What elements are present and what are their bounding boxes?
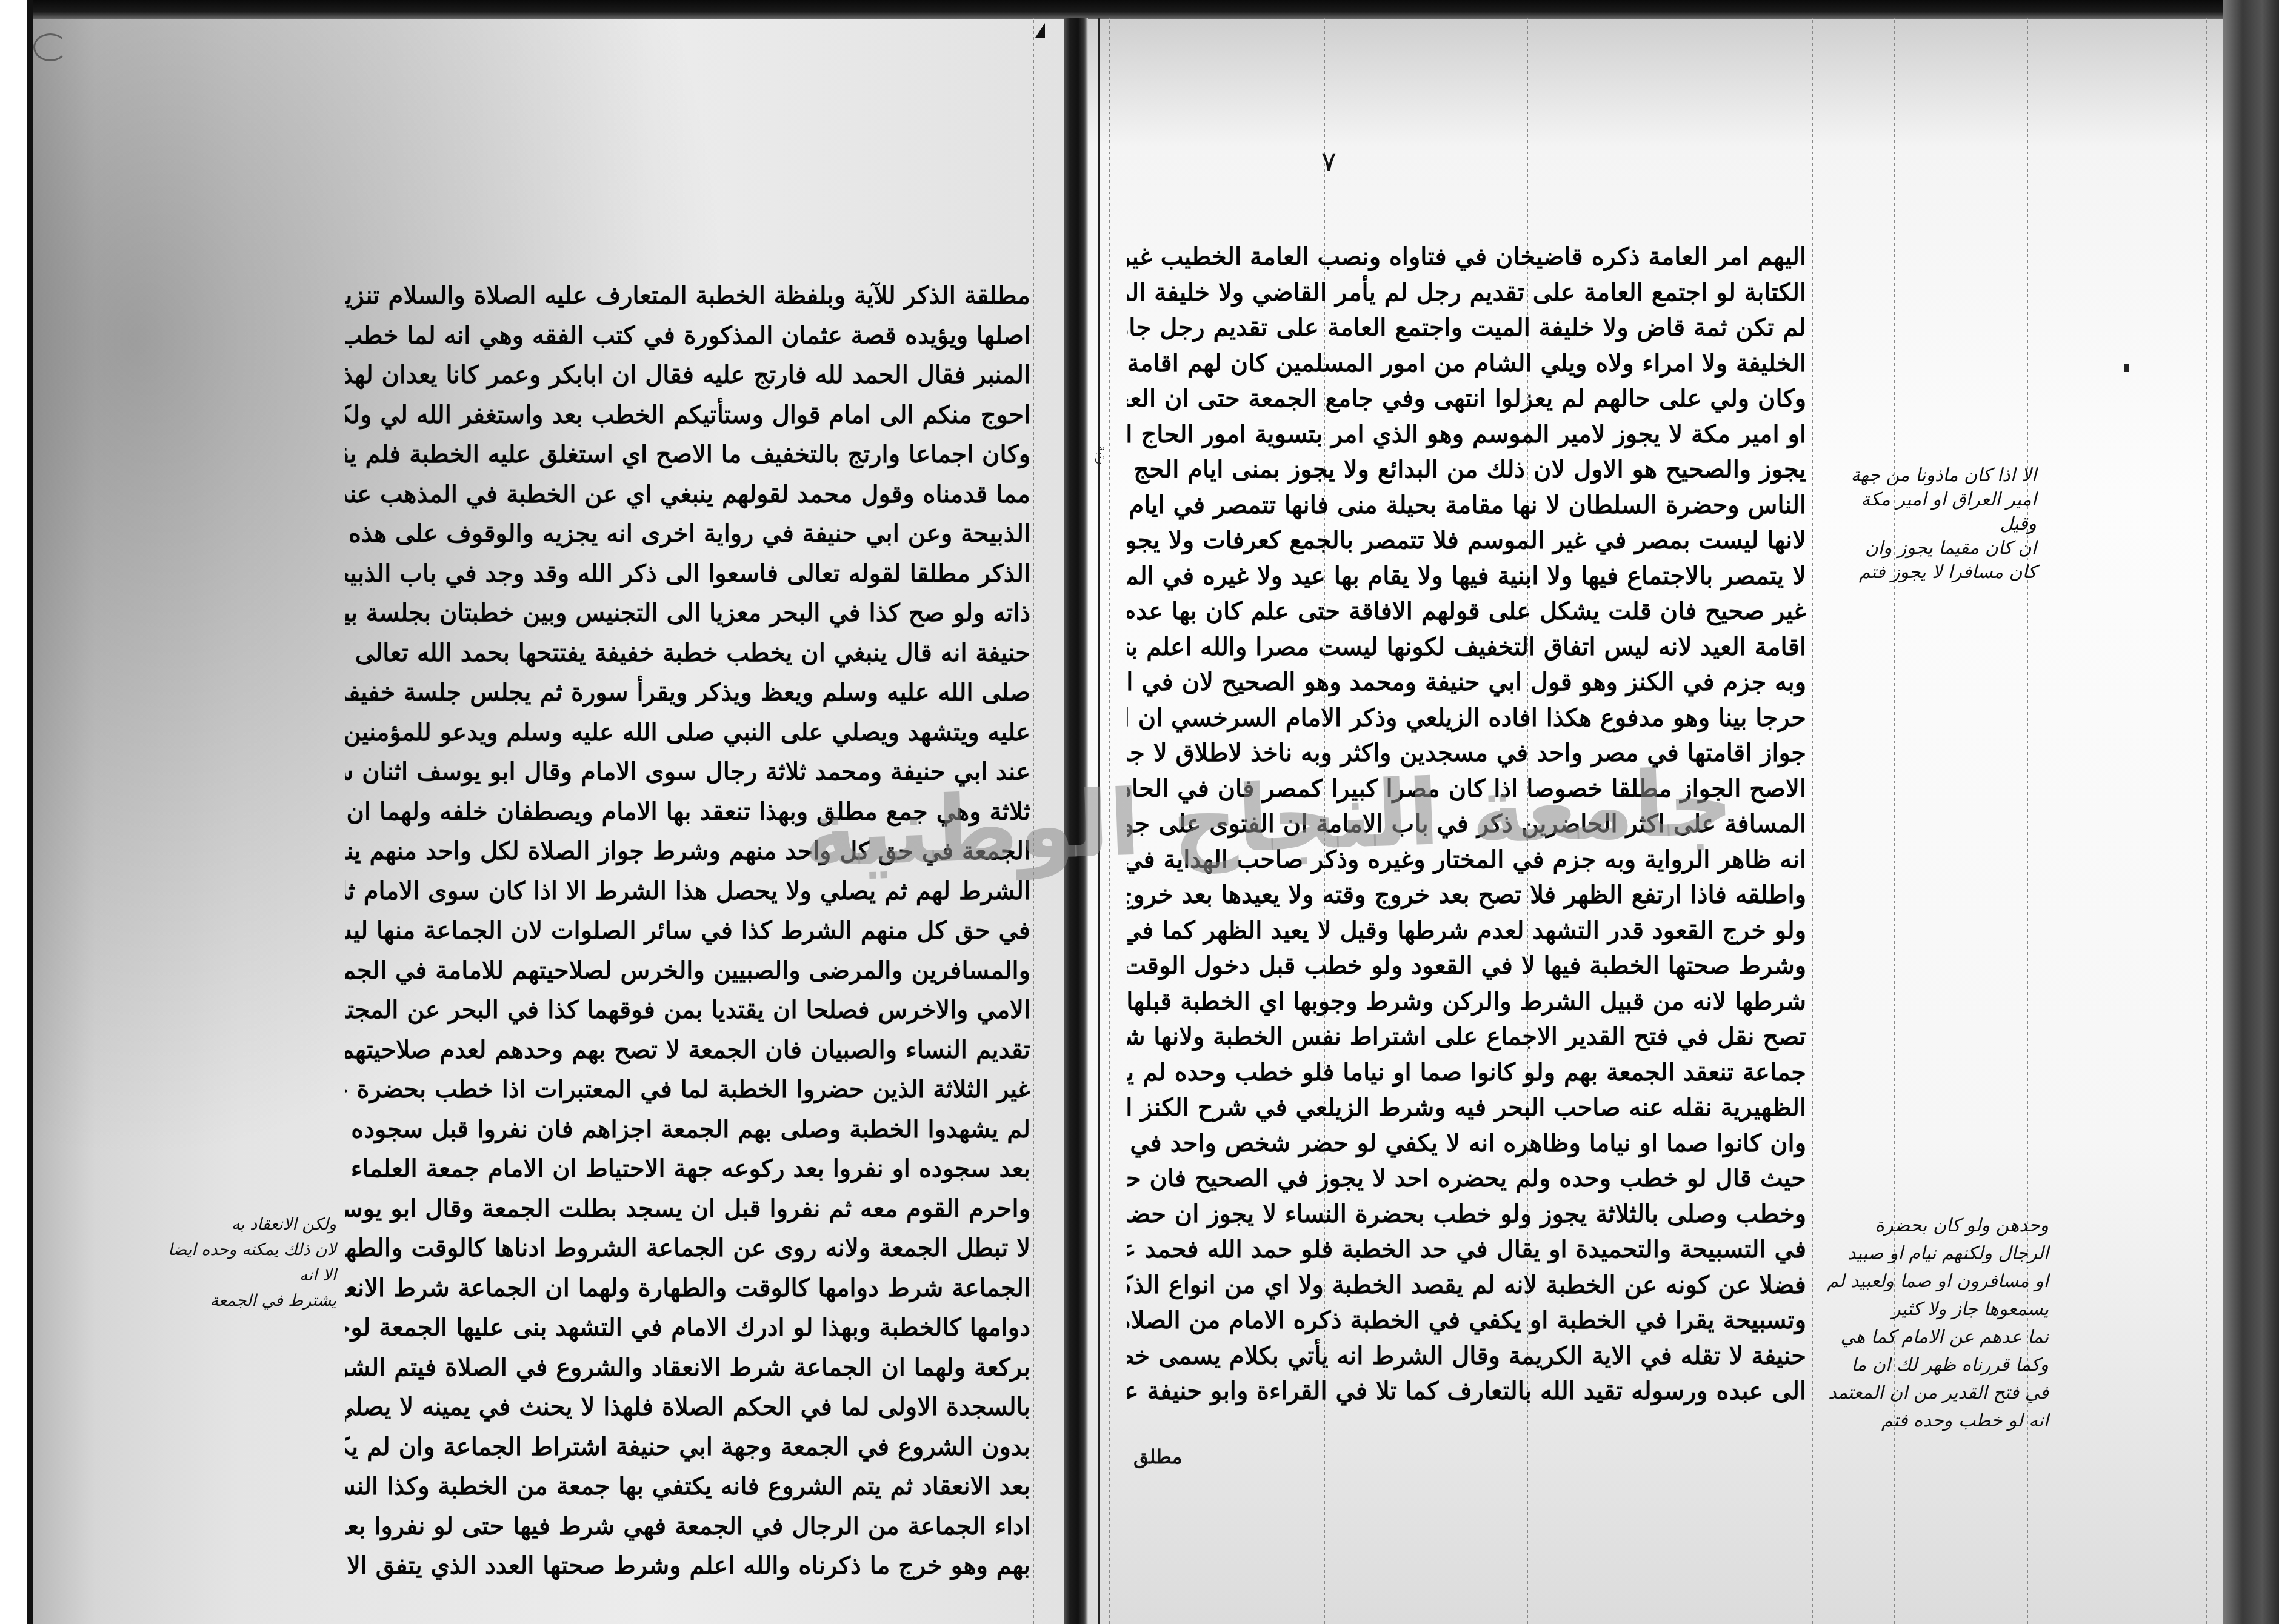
margin-note-line: يشترط في الجمعة [155, 1288, 336, 1314]
scan-left-border [0, 0, 27, 1624]
ruling-line [2206, 18, 2207, 1624]
text-line: بعد الانعقاد ثم يتم الشروع فانه يكتفي به… [345, 1466, 1030, 1506]
text-line: مما قدمناه وقول محمد لقولهم ينبغي اي عن … [345, 474, 1030, 514]
text-line: غير صحيح فان قلت يشكل على قولهم الافاقة … [1127, 594, 1806, 630]
text-line: والمسافرين والمرضى والصبيين والخرس لصلاح… [345, 951, 1030, 991]
text-line: لا تبطل الجمعة ولانه روى عن الجماعة الشر… [345, 1228, 1030, 1268]
text-line: حنيفة انه قال ينبغي ان يخطب خطبة خفيفة ي… [345, 633, 1030, 673]
text-line: تصح نقل في فتح القدير الاجماع على اشتراط… [1127, 1019, 1806, 1055]
right-page-text: اليهم امر العامة ذكره قاضيخان في فتاواه … [1127, 239, 1806, 1409]
ruling-line [1033, 18, 1035, 1624]
text-line: الى عبده ورسوله تقيد الله بالتعارف كما ت… [1127, 1374, 1806, 1409]
text-line: حنيفة لا تقله في الاية الكريمة وقال الشر… [1127, 1339, 1806, 1374]
margin-note-line: وحدهن ولو كان بحضرة الرجال ولكنهم نيام ا… [1824, 1212, 2049, 1268]
ruling-line [2161, 18, 2162, 1624]
text-line: الناس وحضرة السلطان لا نها مقامة بحيلة م… [1127, 488, 1806, 524]
scan-right-edge [2223, 0, 2279, 1624]
text-line: بدون الشروع في الجمعة وجهة ابي حنيفة اشت… [345, 1427, 1030, 1467]
manuscript-scan: ٧ مطلقة الذكر للآية وبلفظة الخطبة المتعا… [0, 0, 2279, 1624]
scan-left-edge [27, 0, 33, 1624]
text-line: وكان ولي على حالهم لم يعزلوا انتهى وفي ج… [1127, 381, 1806, 417]
text-line: في التسبيحة والتحميدة او يقال في حد الخط… [1127, 1232, 1806, 1268]
left-page-text: مطلقة الذكر للآية وبلفظة الخطبة المتعارف… [345, 276, 1030, 1586]
text-line: ثلاثة وهي جمع مطلق وبهذا تنعقد بها الاما… [345, 792, 1030, 832]
text-line: وتسبيحة يقرا في الخطبة او يكفي في الخطبة… [1127, 1303, 1806, 1339]
text-line: المنبر فقال الحمد لله فارتج عليه فقال ان… [345, 355, 1030, 395]
gutter-line [1098, 18, 1100, 1624]
margin-note-line: او مسافرون او صما ولعبيد لم يسمعوها جاز … [1824, 1268, 2049, 1323]
text-line: عليه ويتشهد ويصلي على النبي صلى الله علي… [345, 713, 1030, 753]
stain-mark-icon [33, 33, 67, 61]
ruling-line [1109, 18, 1110, 1624]
text-line: واطلقه فاذا ارتفع الظهر فلا تصح بعد خروج… [1127, 877, 1806, 913]
margin-note-line: نما عدهم عن الامام كما هي وكما قررناه ظه… [1824, 1323, 2049, 1379]
text-line: جماعة تنعقد الجمعة بهم ولو كانوا صما او … [1127, 1055, 1806, 1091]
text-line: تقديم النساء والصبيان فان الجمعة لا تصح … [345, 1030, 1030, 1070]
text-line: احوج منكم الى امام قوال وستأتيكم الخطب ب… [345, 395, 1030, 435]
margin-note-line: لان ذلك يمكنه وحده ايضا الا انه [155, 1237, 336, 1288]
text-line: صلى الله عليه وسلم ويعظ ويذكر ويقرأ سورة… [345, 673, 1030, 713]
text-line: مطلقة الذكر للآية وبلفظة الخطبة المتعارف… [345, 276, 1030, 316]
page-number: ٧ [1321, 145, 1336, 178]
book-gutter [1064, 18, 1088, 1624]
ruling-line [1812, 18, 1814, 1624]
margin-note-right-top: الا اذا كان ماذونا من جهة امير العراق او… [1837, 464, 2037, 585]
margin-note-line: ان كان مقيما يجوز وان كان مسافرا لا يجوز… [1837, 536, 2037, 585]
text-line: بعد سجوده او نفروا بعد ركوعه جهة الاحتيا… [345, 1149, 1030, 1189]
text-line: دوامها كالخطبة وبهذا لو ادرك الامام في ا… [345, 1308, 1030, 1348]
text-line: الذكر مطلقا لقوله تعالى فاسعوا الى ذكر ا… [345, 554, 1030, 594]
text-line: الظهيرية نقله عنه صاحب البحر فيه وشرط ال… [1127, 1090, 1806, 1126]
scan-top-edge [27, 0, 2279, 19]
text-line: وخطب وصلى بالثلاثة يجوز ولو خطب بحضرة ال… [1127, 1197, 1806, 1233]
page-corner-mark-icon [1035, 23, 1045, 38]
text-line: ذاته ولو صح كذا في البحر معزيا الى التجن… [345, 593, 1030, 633]
text-line: لم تكن ثمة قاض ولا خليفة الميت واجتمع ال… [1127, 310, 1806, 346]
text-line: جواز اقامتها في مصر واحد في مسجدين واكثر… [1127, 736, 1806, 771]
text-line: وبه جزم في الكنز وهو قول ابي حنيفة ومحمد… [1127, 665, 1806, 701]
text-line: او امير مكة لا يجوز لامير الموسم وهو الذ… [1127, 417, 1806, 453]
text-line: وشرط صحتها الخطبة فيها لا في القعود ولو … [1127, 948, 1806, 984]
margin-note-line: في فتح القدير من ان المعتمد انه لو خطب و… [1824, 1379, 2049, 1435]
text-line: حيث قال لو خطب وحده ولم يحضره احد لا يجو… [1127, 1161, 1806, 1197]
text-line: شرطها لانه من قبيل الشرط والركن وشرط وجو… [1127, 984, 1806, 1020]
text-line: غير الثلاثة الذين حضروا الخطبة لما في ال… [345, 1070, 1030, 1110]
text-line: حرجا بينا وهو مدفوع هكذا افاده الزيلعي و… [1127, 701, 1806, 736]
text-line: واحرم القوم معه ثم نفروا قبل ان يسجد بطل… [345, 1189, 1030, 1229]
text-line: الجمعة في حق كل واحد منهم وشرط جواز الصل… [345, 831, 1030, 871]
text-line: في حق كل منهم الشرط كذا في سائر الصلوات … [345, 911, 1030, 951]
margin-note-right-bottom: وحدهن ولو كان بحضرة الرجال ولكنهم نيام ا… [1824, 1212, 2049, 1435]
text-line: انه ظاهر الرواية وبه جزم في المختار وغير… [1127, 842, 1806, 878]
text-line: الجماعة شرط دوامها كالوقت والطهارة ولهما… [345, 1268, 1030, 1308]
text-line: لانها ليست بمصر في غير الموسم فلا تتمصر … [1127, 523, 1806, 559]
text-line: وكان اجماعا وارتج بالتخفيف ما الاصح اي ا… [345, 434, 1030, 474]
text-line: المسافة على اكثر الحاضرين ذكر في باب الا… [1127, 807, 1806, 842]
text-line: لم يشهدوا الخطبة وصلى بهم الجمعة اجزاهم … [345, 1110, 1030, 1150]
text-line: عند ابي حنيفة ومحمد ثلاثة رجال سوى الاما… [345, 752, 1030, 792]
margin-note-line: ولكن الانعقاد به [155, 1212, 336, 1237]
text-line: اداء الجماعة من الرجال في الجمعة فهي شرط… [345, 1506, 1030, 1546]
text-line: اليهم امر العامة ذكره قاضيخان في فتاواه … [1127, 239, 1806, 275]
text-line: بالسجدة الاولى لما في الحكم الصلاة فلهذا… [345, 1387, 1030, 1427]
text-line: اقامة العيد لانه ليس اتفاق التخفيف لكونه… [1127, 630, 1806, 665]
text-line: الخليفة ولا امراء ولاه ويلي الشام من امو… [1127, 346, 1806, 382]
text-line: الشرط لهم ثم يصلي ولا يحصل هذا الشرط الا… [345, 871, 1030, 911]
margin-note-line: الا اذا كان ماذونا من جهة امير العراق او… [1837, 464, 2037, 536]
text-line: الامي والاخرس فصلحا ان يقتديا بمن فوقهما… [345, 990, 1030, 1030]
catchword: مطلق [1133, 1445, 1183, 1468]
text-line: ولو خرج القعود قدر التشهد لعدم شرطها وقي… [1127, 913, 1806, 949]
text-line: يجوز والصحيح هو الاول لان ذلك من البدائع… [1127, 452, 1806, 488]
text-line: اصلها ويؤيده قصة عثمان المذكورة في كتب ا… [345, 316, 1030, 356]
margin-note-gutter: رتبة [1091, 445, 1109, 536]
margin-note-left-bottom: ولكن الانعقاد به لان ذلك يمكنه وحده ايضا… [155, 1212, 336, 1314]
text-line: الكتابة لو اجتمع العامة على تقديم رجل لم… [1127, 275, 1806, 311]
text-line: بهم وهو خرج ما ذكرناه والله اعلم وشرط صح… [345, 1546, 1030, 1586]
text-line: الاصح الجواز مطلقا خصوصا اذا كان مصرا كب… [1127, 771, 1806, 807]
text-line: لا يتمصر بالاجتماع فيها ولا ابنية فيها و… [1127, 559, 1806, 594]
text-line: بركعة ولهما ان الجماعة شرط الانعقاد والش… [345, 1348, 1030, 1388]
text-line: الذبيحة وعن ابي حنيفة في رواية اخرى انه … [345, 514, 1030, 554]
ink-mark-icon [2124, 364, 2129, 372]
text-line: وان كانوا صما او نياما وظاهره انه لا يكف… [1127, 1126, 1806, 1162]
text-line: فضلا عن كونه عن الخطبة لانه لم يقصد الخط… [1127, 1268, 1806, 1303]
